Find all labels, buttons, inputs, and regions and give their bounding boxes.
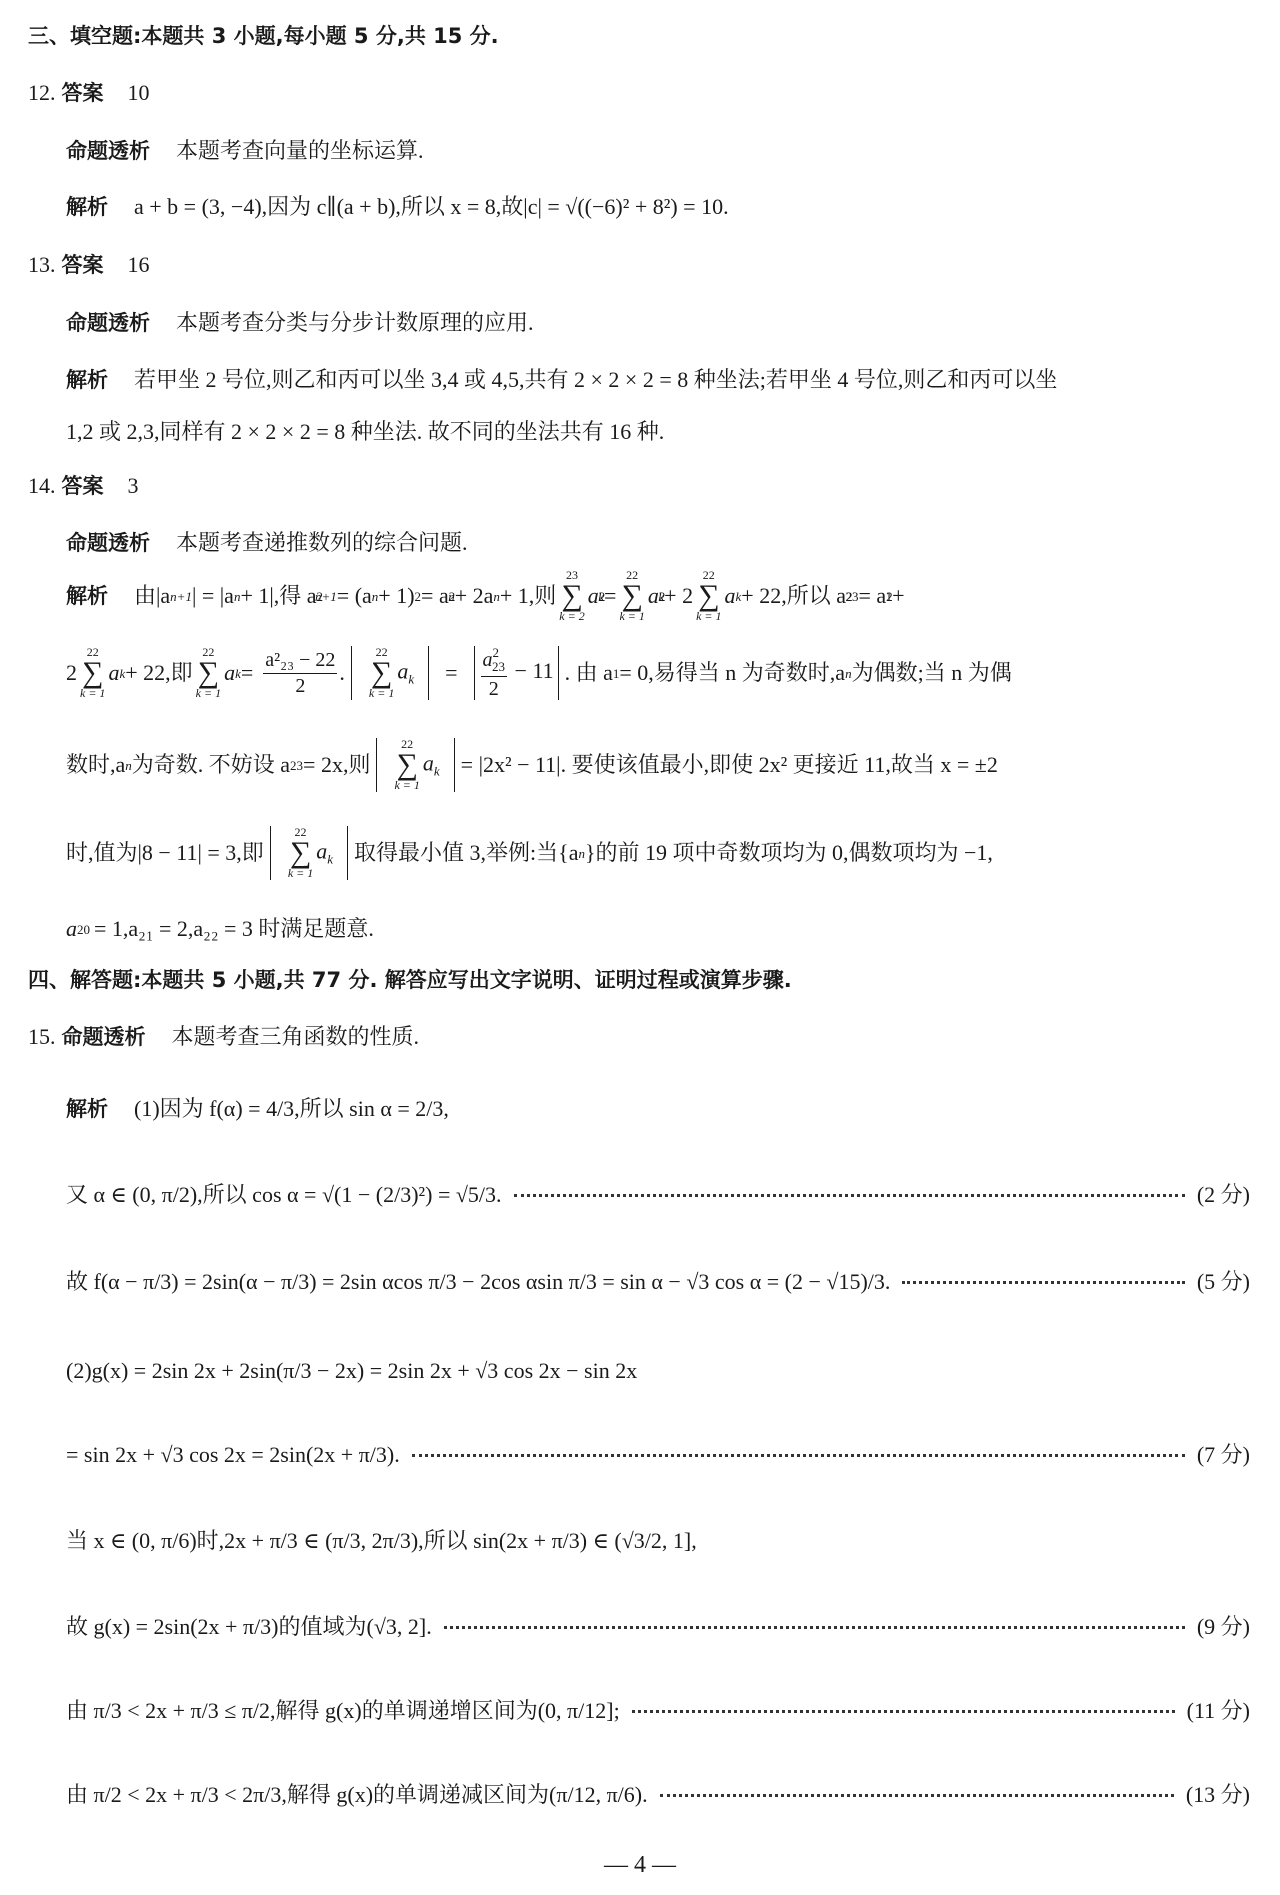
summation: 22∑k = 1 [80, 646, 105, 701]
dot-leader [514, 1194, 1185, 1197]
sum-lower: k = 1 [80, 687, 105, 700]
text: 时,值为|8 − 11| = 3,即 [66, 842, 264, 864]
dot-leader [444, 1626, 1185, 1629]
step-text: 由 π/2 < 2x + π/3 < 2π/3,解得 g(x)的单调递减区间为(… [66, 1784, 648, 1806]
q14-answer-row: 14. 答案 3 [28, 475, 139, 497]
q13-number: 13. [28, 254, 56, 276]
sum-lower: k = 1 [619, 610, 644, 623]
q12-answer-label: 答案 [62, 83, 104, 104]
text: 取得最小值 3,举例:当{a [354, 842, 578, 864]
score-badge: (5 分) [1197, 1271, 1250, 1293]
score-badge: (2 分) [1197, 1184, 1250, 1206]
step-text: 又 α ∈ (0, π/2),所以 cos α = √(1 − (2/3)²) … [66, 1184, 502, 1206]
q14-answer: 3 [128, 475, 139, 497]
q12-number: 12. [28, 82, 56, 104]
text: + 2a [455, 585, 494, 607]
fraction: a²₂₃ − 222 [263, 650, 337, 697]
q12-analysis-row: 解析 a + b = (3, −4),因为 c∥(a + b),所以 x = 8… [66, 196, 729, 218]
text: | = |a [192, 585, 234, 607]
page-number: — 4 — [0, 1852, 1280, 1879]
dot-leader [412, 1454, 1185, 1457]
text: 为奇数. 不妨设 a [132, 754, 290, 776]
text: = (a [337, 585, 372, 607]
q13-analysis-line2: 1,2 或 2,3,同样有 2 × 2 × 2 = 8 种坐法. 故不同的坐法共… [66, 421, 664, 443]
q13-intent: 本题考查分类与分步计数原理的应用. [176, 312, 534, 334]
summation: 22∑k = 1 [696, 569, 721, 624]
absolute-value: a2232 − 11 [474, 646, 559, 700]
summation: 22∑k = 1 [196, 646, 221, 701]
text: = 0,易得当 n 为奇数时,a [619, 662, 845, 684]
q13-answer-label: 答案 [62, 255, 104, 276]
q14-analysis-line2: 2 22∑k = 1 ak + 22,即 22∑k = 1 ak = a²₂₃ … [66, 640, 1012, 706]
text: + 22,即 [125, 662, 192, 684]
q13-intent-label: 命题透析 [66, 313, 150, 334]
q13-intent-row: 命题透析 本题考查分类与分步计数原理的应用. [66, 312, 534, 334]
sum-lower: k = 1 [196, 687, 221, 700]
q15-intent-row: 15. 命题透析 本题考查三角函数的性质. [28, 1026, 419, 1048]
text: + 2 [664, 585, 693, 607]
summation: 23∑k = 2 [559, 569, 584, 624]
q12-answer-row: 12. 答案 10 [28, 82, 150, 104]
q12-analysis: a + b = (3, −4),因为 c∥(a + b),所以 x = 8,故|… [134, 196, 729, 218]
text: = a [858, 585, 886, 607]
sum-lower: k = 1 [394, 779, 419, 792]
text: = a [421, 585, 449, 607]
absolute-value: 22∑k = 1ak [376, 738, 454, 793]
step-text: 故 g(x) = 2sin(2x + π/3)的值域为(√3, 2]. [66, 1616, 432, 1638]
score-badge: (9 分) [1197, 1616, 1250, 1638]
score-badge: (11 分) [1187, 1700, 1250, 1722]
q14-intent: 本题考查递推数列的综合问题. [176, 532, 468, 554]
q14-intent-row: 命题透析 本题考查递推数列的综合问题. [66, 532, 468, 554]
q13-analysis-label: 解析 [66, 370, 108, 391]
score-badge: (13 分) [1186, 1784, 1250, 1806]
absolute-value: 22∑k = 1ak [270, 826, 348, 881]
text: + 1|,得 a [240, 585, 316, 607]
step-text: (2)g(x) = 2sin 2x + 2sin(π/3 − 2x) = 2si… [66, 1360, 637, 1382]
section-4-heading: 四、解答题:本题共 5 小题,共 77 分. 解答应写出文字说明、证明过程或演算… [28, 970, 792, 991]
q12-intent-row: 命题透析 本题考查向量的坐标运算. [66, 140, 424, 162]
denominator: 2 [295, 674, 305, 697]
q15-intent-label: 命题透析 [62, 1027, 146, 1048]
q12-analysis-label: 解析 [66, 197, 108, 218]
absolute-value: 22∑k = 1ak [351, 646, 429, 701]
q15-number: 15. [28, 1026, 56, 1048]
q12-intent: 本题考查向量的坐标运算. [176, 140, 424, 162]
text: + [892, 585, 904, 607]
q12-intent-label: 命题透析 [66, 141, 150, 162]
text: − 11 [509, 658, 554, 683]
q15-step-2: 又 α ∈ (0, π/2),所以 cos α = √(1 − (2/3)²) … [66, 1168, 1250, 1222]
summation: 22∑k = 1 [619, 569, 644, 624]
q15-step-5: = sin 2x + √3 cos 2x = 2sin(2x + π/3). (… [66, 1428, 1250, 1482]
q15-step-3: 故 f(α − π/3) = 2sin(α − π/3) = 2sin αcos… [66, 1255, 1250, 1309]
text: + 1,则 [500, 585, 556, 607]
sum-lower: k = 1 [696, 610, 721, 623]
text: = [604, 585, 616, 607]
text: 由|a [134, 585, 170, 607]
sum-lower: k = 1 [369, 687, 394, 700]
text: . 由 a [565, 662, 613, 684]
q14-analysis-line4: 时,值为|8 − 11| = 3,即 22∑k = 1ak 取得最小值 3,举例… [66, 820, 993, 886]
q13-answer: 16 [128, 254, 150, 276]
text: + 1) [378, 585, 414, 607]
dot-leader [902, 1281, 1184, 1284]
step-text: 由 π/3 < 2x + π/3 ≤ π/2,解得 g(x)的单调递增区间为(0… [66, 1700, 620, 1722]
q14-analysis-line5: a20 = 1,a₂₁ = 2,a₂₂ = 3 时满足题意. [66, 918, 374, 940]
q13-analysis-row: 解析 若甲坐 2 号位,则乙和丙可以坐 3,4 或 4,5,共有 2 × 2 ×… [66, 369, 1057, 391]
sum-lower: k = 2 [559, 610, 584, 623]
step-text: 故 f(α − π/3) = 2sin(α − π/3) = 2sin αcos… [66, 1271, 890, 1293]
q15-analysis-label: 解析 [66, 1099, 108, 1120]
numerator: a²₂₃ − 22 [263, 650, 337, 674]
text: = [445, 662, 457, 684]
text: 2 [66, 662, 77, 684]
dot-leader [660, 1794, 1174, 1797]
step-text: = sin 2x + √3 cos 2x = 2sin(2x + π/3). [66, 1444, 400, 1466]
text: 为偶数;当 n 为偶 [852, 662, 1012, 684]
q14-answer-label: 答案 [62, 476, 104, 497]
q14-number: 14. [28, 475, 56, 497]
q14-analysis-line3: 数时,an 为奇数. 不妨设 a23 = 2x,则 22∑k = 1ak = |… [66, 732, 998, 798]
q12-answer: 10 [128, 82, 150, 104]
text: = 1,a₂₁ = 2,a₂₂ = 3 时满足题意. [94, 918, 374, 940]
step-text: (1)因为 f(α) = 4/3,所以 sin α = 2/3, [134, 1098, 449, 1120]
text: 数时,a [66, 754, 125, 776]
text: }的前 19 项中奇数项均为 0,偶数项均为 −1, [585, 842, 993, 864]
q15-step-6: 当 x ∈ (0, π/6)时,2x + π/3 ∈ (π/3, 2π/3),所… [66, 1514, 1250, 1568]
q15-step-9: 由 π/2 < 2x + π/3 < 2π/3,解得 g(x)的单调递减区间为(… [66, 1768, 1250, 1822]
dot-leader [632, 1710, 1175, 1713]
score-badge: (7 分) [1197, 1444, 1250, 1466]
q15-intent: 本题考查三角函数的性质. [172, 1026, 420, 1048]
section-3-heading: 三、填空题:本题共 3 小题,每小题 5 分,共 15 分. [28, 26, 499, 47]
q15-step-8: 由 π/3 < 2x + π/3 ≤ π/2,解得 g(x)的单调递增区间为(0… [66, 1684, 1250, 1738]
q13-answer-row: 13. 答案 16 [28, 254, 150, 276]
q15-step-7: 故 g(x) = 2sin(2x + π/3)的值域为(√3, 2]. (9 分… [66, 1600, 1250, 1654]
q14-analysis-label: 解析 [66, 586, 108, 607]
text: = |2x² − 11|. 要使该值最小,即使 2x² 更接近 11,故当 x … [461, 754, 998, 776]
q14-intent-label: 命题透析 [66, 533, 150, 554]
text: = 2x,则 [303, 754, 370, 776]
q13-analysis-line1: 若甲坐 2 号位,则乙和丙可以坐 3,4 或 4,5,共有 2 × 2 × 2 … [134, 369, 1057, 391]
text: = [241, 662, 253, 684]
q14-analysis-line1: 解析 由|an+1 | = |an + 1|,得 a2n+1 = (an + 1… [66, 566, 905, 626]
sum-lower: k = 1 [288, 867, 313, 880]
q15-step-1: 解析 (1)因为 f(α) = 4/3,所以 sin α = 2/3, [66, 1084, 449, 1134]
step-text: 当 x ∈ (0, π/6)时,2x + π/3 ∈ (π/3, 2π/3),所… [66, 1530, 697, 1552]
text: . [339, 662, 345, 684]
q15-step-4: (2)g(x) = 2sin 2x + 2sin(π/3 − 2x) = 2si… [66, 1344, 1250, 1398]
text: + 22,所以 a [741, 585, 846, 607]
